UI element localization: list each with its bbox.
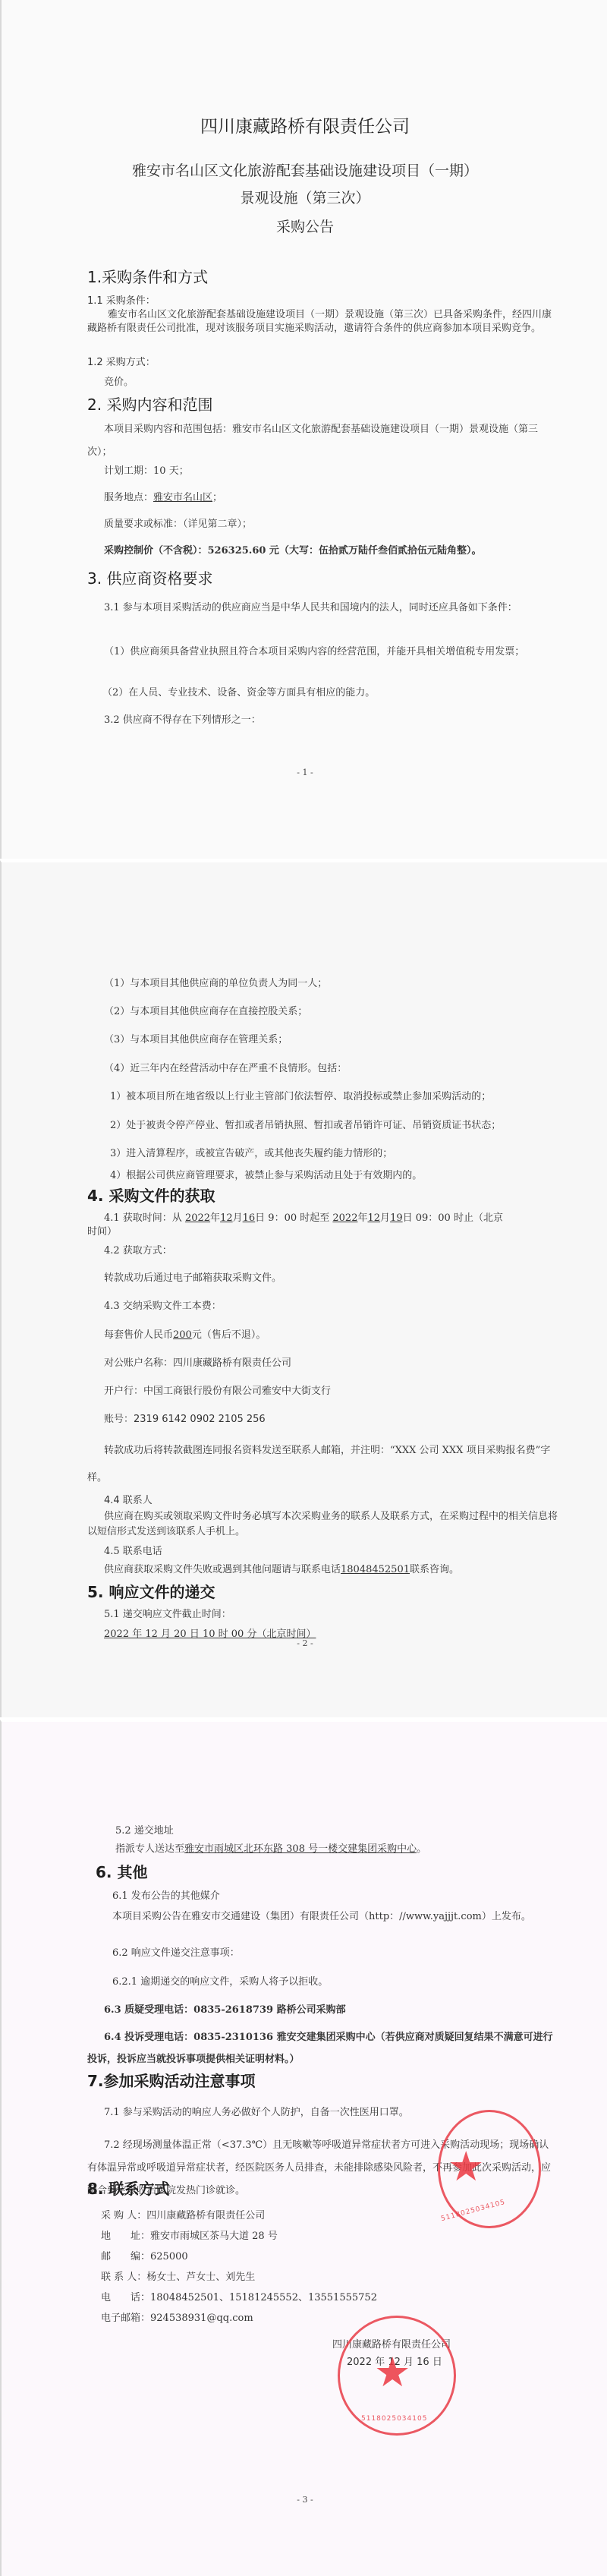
service-location-suffix: ； (212, 492, 222, 503)
project-title-line2: 景观设施（第三次） (2, 187, 607, 207)
acquisition-time: 4.1 获取时间：从 2022年12月16日 9：00 时起至 2022年12月… (104, 1209, 503, 1224)
transfer-note: 转款成功后将转款截图连同报名资料发送至联系人邮箱，并注明：“XXX 公司 XXX… (87, 1437, 558, 1492)
section-1-heading: 1.采购条件和方式 (87, 265, 208, 287)
contact-value: 雅安市雨城区茶马大道 28 号 (150, 2231, 278, 2242)
contact-value: 四川康藏路桥有限责任公司 (146, 2210, 265, 2221)
contact-value: 18048452501、15181245552、13551555752 (150, 2292, 377, 2303)
end-year: 2022 (332, 1212, 357, 1224)
section-1-2-text: 竞价。 (104, 374, 134, 388)
control-price-value: 526325.60 元 (208, 545, 279, 557)
section-4-2-label: 4.2 获取方式： (104, 1242, 172, 1256)
end-month: 12 (368, 1212, 381, 1224)
exclusion-1: （1）与本项目其他供应商的单位负责人为同一人； (104, 975, 327, 989)
section-4-3-label: 4.3 交纳采购文件工本费： (104, 1297, 222, 1312)
fee-value: 200 (173, 1329, 192, 1341)
section-5-2-label: 5.2 递交地址 (115, 1822, 174, 1837)
service-location: 服务地点：雅安市名山区； (104, 489, 222, 503)
contact-label: 联 系 人： (101, 2272, 146, 2283)
section-1-1-label: 1.1 采购条件： (87, 292, 156, 307)
exclusion-3: （3）与本项目其他供应商存在管理关系； (104, 1031, 288, 1045)
service-location-label: 服务地点： (104, 492, 153, 503)
section-6-1-label: 6.1 发布公告的其他媒介 (112, 1887, 220, 1902)
section-6-4: 6.4 投诉受理电话：0835-2310136 雅安交建集团采购中心（若供应商对… (87, 2026, 558, 2070)
company-seal-stamp-2: ★ 5118025034105 (338, 2316, 456, 2436)
section-6-1-text: 本项目采购公告在雅安市交通建设（集团）有限责任公司（http：//www.yaj… (96, 1909, 558, 1924)
section-6-3: 6.3 质疑受理电话：0835-2618739 路桥公司采购部 (104, 2001, 346, 2016)
sub-exclusion-3: 3）进入清算程序，或被宣告破产，或其他丧失履约能力情形的； (110, 1145, 392, 1159)
project-title-line1: 雅安市名山区文化旅游配套基础设施建设项目（一期） (2, 159, 607, 180)
start-year: 2022 (185, 1212, 210, 1224)
control-price: 采购控制价（不含税）：526325.60 元（大写：伍拾贰万陆仟叁佰贰拾伍元陆角… (104, 542, 481, 557)
exclusion-2: （2）与本项目其他供应商存在直接控股关系； (104, 1003, 307, 1017)
section-4-2-text: 转款成功后通过电子邮箱获取采购文件。 (104, 1269, 281, 1284)
start-day: 16 (243, 1212, 256, 1224)
acquisition-time-wrap: 时间） (87, 1223, 117, 1238)
contact-label: 电子邮箱： (101, 2313, 150, 2324)
fee-prefix: 每套售价人民币 (104, 1329, 173, 1341)
section-3-1-text: 3.1 参与本项目采购活动的供应商应当是中华人民共和国境内的法人，同时还应具备如… (94, 597, 558, 619)
address-suffix: 。 (417, 1843, 426, 1855)
contact-label: 电 话： (101, 2292, 150, 2303)
section-1-1-text: 雅安市名山区文化旅游配套基础设施建设项目（一期）景观设施（第三次）已具备采购条件… (87, 308, 558, 336)
account-name: 对公账户名称：四川康藏路桥有限责任公司 (104, 1354, 291, 1369)
section-4-5-text: 供应商获取采购文件失败或遇到其他问题请与联系电话18048452501联系咨询。 (104, 1561, 459, 1575)
contact-table: 采 购 人：四川康藏路桥有限责任公司 地 址：雅安市雨城区茶马大道 28 号 邮… (101, 2206, 377, 2328)
phone-prefix: 供应商获取采购文件失败或遇到其他问题请与联系电话 (104, 1564, 341, 1575)
start-time: 日 9：00 时起至 (255, 1212, 329, 1224)
fee-suffix: 元（售后不退）。 (192, 1329, 266, 1341)
company-title: 四川康藏路桥有限责任公司 (2, 112, 607, 137)
page-number-3: - 3 - (2, 2495, 607, 2505)
contact-row-purchaser: 采 购 人：四川康藏路桥有限责任公司 (101, 2206, 377, 2226)
contact-row-postcode: 邮 编：625000 (101, 2247, 377, 2267)
document-fee: 每套售价人民币200元（售后不退）。 (104, 1326, 266, 1341)
section-6-2-1: 6.2.1 逾期递交的响应文件，采购人将予以拒收。 (112, 1973, 328, 1988)
end-day: 19 (390, 1212, 403, 1224)
section-4-4-label: 4.4 联系人 (104, 1492, 153, 1506)
requirement-1: （1）供应商须具备营业执照且符合本项目采购内容的经营范围，并能开具相关增值税专用… (94, 641, 558, 663)
section-8-heading: 8. 联系方式 (87, 2177, 169, 2199)
company-seal-stamp-1: ★ 5118025034105 (438, 2110, 541, 2228)
exclusion-4: （4）近三年内在经营活动中存在严重不良情形。包括： (104, 1060, 347, 1074)
document-title: 采购公告 (2, 216, 607, 236)
submission-address: 指派专人送达至雅安市雨城区北环东路 308 号一楼交建集团采购中心。 (115, 1840, 426, 1855)
seal-star-icon: ★ (374, 2352, 410, 2393)
section-2-scope: 本项目采购内容和范围包括：雅安市名山区文化旅游配套基础设施建设项目（一期）景观设… (87, 418, 558, 464)
contact-row-phone: 电 话：18048452501、15181245552、13551555752 (101, 2288, 377, 2308)
seal-code: 5118025034105 (440, 2199, 506, 2223)
contact-value: 杨女士、芦女士、刘先生 (146, 2272, 255, 2283)
address-prefix: 指派专人送达至 (115, 1843, 184, 1855)
contact-row-email: 电子邮箱：924538931@qq.com (101, 2308, 377, 2328)
sub-exclusion-4: 4）根据公司供应商管理要求，被禁止参与采购活动且处于有效期内的。 (110, 1167, 422, 1181)
address-value: 雅安市雨城区北环东路 308 号一楼交建集团采购中心 (184, 1843, 417, 1855)
account-number: 账号：2319 6142 0902 2105 256 (104, 1411, 266, 1425)
section-6-heading: 6. 其他 (96, 1860, 147, 1882)
section-3-2-text: 3.2 供应商不得存在下列情形之一： (104, 711, 261, 726)
planned-period-value: 10 天； (153, 465, 189, 477)
requirement-2: （2）在人员、专业技术、设备、资金等方面具有相应的能力。 (102, 684, 375, 698)
section-5-1-label: 5.1 递交响应文件截止时间： (104, 1606, 231, 1620)
contact-label: 地 址： (101, 2231, 150, 2242)
section-4-5-label: 4.5 联系电话 (104, 1543, 162, 1557)
control-price-label: 采购控制价（不含税）： (104, 545, 208, 557)
service-location-value: 雅安市名山区 (153, 492, 212, 503)
phone-suffix: 联系咨询。 (410, 1564, 459, 1575)
contact-value: 625000 (150, 2251, 188, 2262)
acquisition-time-prefix: 4.1 获取时间：从 (104, 1212, 182, 1224)
contact-row-person: 联 系 人：杨女士、芦女士、刘先生 (101, 2267, 377, 2288)
contact-label: 采 购 人： (101, 2210, 146, 2221)
page-number-2: - 2 - (2, 1638, 607, 1648)
contact-value: 924538931@qq.com (150, 2313, 253, 2324)
start-month: 12 (220, 1212, 233, 1224)
contact-row-address: 地 址：雅安市雨城区茶马大道 28 号 (101, 2226, 377, 2247)
section-1-2-label: 1.2 采购方式： (87, 354, 156, 368)
end-time: 日 09：00 时止（北京 (403, 1212, 503, 1224)
document-page-2: （1）与本项目其他供应商的单位负责人为同一人； （2）与本项目其他供应商存在直接… (0, 860, 607, 1717)
bank-name: 开户行：中国工商银行股份有限公司雅安中大街支行 (104, 1383, 331, 1397)
sub-exclusion-1: 1）被本项目所在地省级以上行业主管部门依法暂停、取消投标或禁止参加采购活动的； (110, 1088, 491, 1102)
quality-standard: 质量要求或标准：（详见第二章）； (104, 516, 252, 530)
document-page-1: 四川康藏路桥有限责任公司 雅安市名山区文化旅游配套基础设施建设项目（一期） 景观… (0, 0, 607, 859)
section-4-heading: 4. 采购文件的获取 (87, 1184, 215, 1206)
section-3-heading: 3. 供应商资格要求 (87, 566, 212, 588)
section-7-heading: 7.参加采购活动注意事项 (87, 2069, 256, 2091)
seal-star-icon: ★ (448, 2146, 484, 2187)
contact-label: 邮 编： (101, 2251, 150, 2262)
consult-phone: 18048452501 (341, 1564, 410, 1575)
planned-period: 计划工期：10 天； (104, 462, 189, 477)
page-number-1: - 1 - (2, 768, 607, 777)
section-2-heading: 2. 采购内容和范围 (87, 393, 212, 415)
control-price-words: （大写：伍拾贰万陆仟叁佰贰拾伍元陆角整）。 (279, 545, 482, 557)
section-5-heading: 5. 响应文件的递交 (87, 1580, 215, 1602)
planned-period-label: 计划工期： (104, 465, 153, 477)
sub-exclusion-2: 2）处于被责令停产停业、暂扣或者吊销执照、暂扣或者吊销许可证、吊销资质证书状态； (110, 1117, 501, 1131)
section-4-4-text: 供应商在购买或领取采购文件时务必填写本次采购业务的联系人及联系方式，在采购过程中… (87, 1509, 558, 1540)
seal-code: 5118025034105 (361, 2415, 427, 2423)
section-7-1: 7.1 参与采购活动的响应人务必做好个人防护，自备一次性医用口罩。 (104, 2104, 409, 2118)
document-page-3: 5.2 递交地址 指派专人送达至雅安市雨城区北环东路 308 号一楼交建集团采购… (0, 1720, 607, 2576)
section-6-2-label: 6.2 响应文件递交注意事项： (112, 1944, 240, 1959)
